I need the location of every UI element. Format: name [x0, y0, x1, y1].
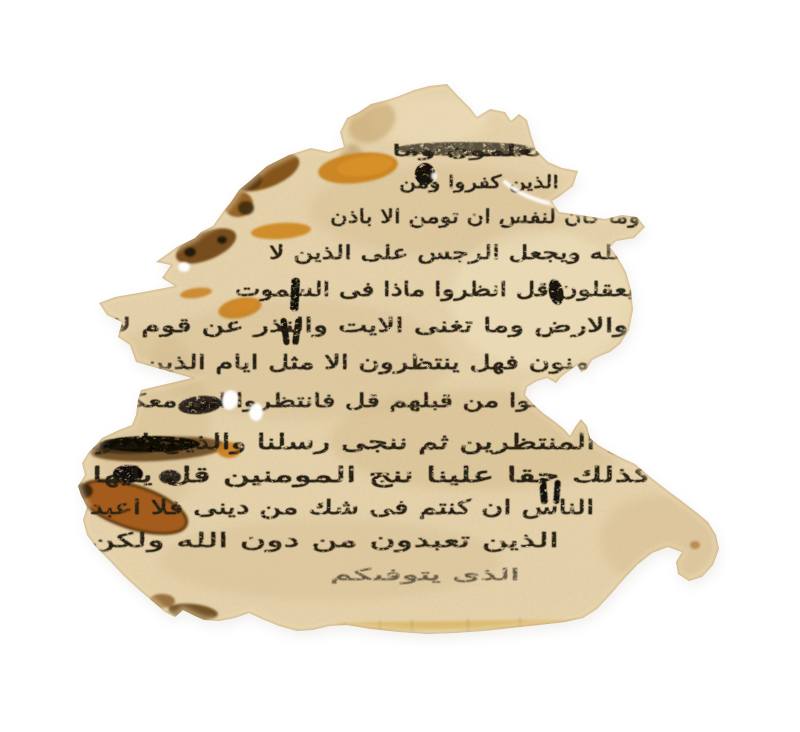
- script-line: وما كان لنفس ان تومن الا باذن: [330, 206, 640, 228]
- tear-hole: [249, 403, 263, 421]
- stain-blob: [217, 236, 227, 244]
- parchment-fragment: ىعلمون وما الذين كفروا ومن وما كان لنفس …: [60, 60, 750, 660]
- script-line: والارض وما تغنى الايت والنذر عن قوم لا: [114, 313, 629, 337]
- script-text-block: ىعلمون وما الذين كفروا ومن وما كان لنفس …: [88, 141, 652, 585]
- tear-hole: [178, 262, 190, 272]
- script-line: الذى يتوفىكم: [330, 565, 520, 585]
- photo-canvas: ىعلمون وما الذين كفروا ومن وما كان لنفس …: [0, 0, 800, 732]
- script-line: الذين تعبدون من دون الله ولكن: [89, 528, 559, 552]
- script-line: الله ويجعل الرجس على الذين لا: [269, 242, 629, 264]
- script-line: الناس ان كنتم فى شك من دينى فلا اعبد: [90, 495, 595, 519]
- manuscript-fragment-photo: ىعلمون وما الذين كفروا ومن وما كان لنفس …: [0, 0, 800, 732]
- stain-blob: [238, 201, 254, 215]
- tear-hole: [431, 172, 437, 180]
- stain-blob: [184, 247, 196, 257]
- stain-blob: [690, 541, 700, 549]
- script-line: يومنون فهل ينتظرون الا مثل ايام الذين: [143, 350, 613, 374]
